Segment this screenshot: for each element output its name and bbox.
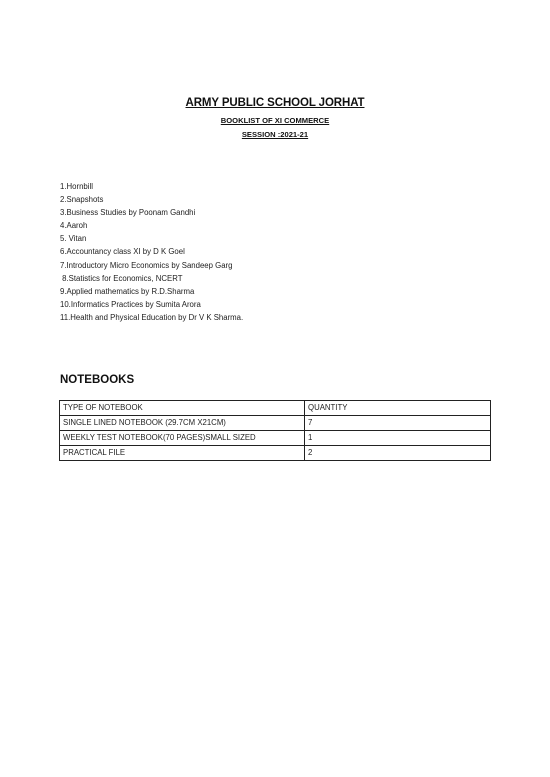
book-item: 7.Introductory Micro Economics by Sandee…	[60, 259, 243, 272]
book-item: 9.Applied mathematics by R.D.Sharma	[60, 285, 243, 298]
book-item: 6.Accountancy class XI by D K Goel	[60, 245, 243, 258]
notebook-quantity: 2	[305, 446, 491, 461]
book-item: 1.Hornbill	[60, 180, 243, 193]
notebooks-table: TYPE OF NOTEBOOK QUANTITY SINGLE LINED N…	[59, 400, 491, 461]
column-header-quantity: QUANTITY	[305, 401, 491, 416]
booklist-subtitle: BOOKLIST OF XI COMMERCE	[0, 116, 550, 125]
document-page: ARMY PUBLIC SCHOOL JORHAT BOOKLIST OF XI…	[0, 0, 550, 777]
notebooks-heading: NOTEBOOKS	[60, 374, 134, 386]
notebook-type: SINGLE LINED NOTEBOOK (29.7CM X21CM)	[60, 416, 305, 431]
book-item: 5. Vitan	[60, 232, 243, 245]
notebook-type: WEEKLY TEST NOTEBOOK(70 PAGES)SMALL SIZE…	[60, 431, 305, 446]
book-item: 8.Statistics for Economics, NCERT	[60, 272, 243, 285]
column-header-type: TYPE OF NOTEBOOK	[60, 401, 305, 416]
session-label: SESSION :2021-21	[0, 130, 550, 139]
notebook-type: PRACTICAL FILE	[60, 446, 305, 461]
book-item: 2.Snapshots	[60, 193, 243, 206]
book-item: 4.Aaroh	[60, 219, 243, 232]
book-item: 3.Business Studies by Poonam Gandhi	[60, 206, 243, 219]
table-row: WEEKLY TEST NOTEBOOK(70 PAGES)SMALL SIZE…	[60, 431, 491, 446]
table-row: PRACTICAL FILE 2	[60, 446, 491, 461]
book-list: 1.Hornbill 2.Snapshots 3.Business Studie…	[60, 180, 243, 324]
school-title: ARMY PUBLIC SCHOOL JORHAT	[0, 97, 550, 109]
table-header-row: TYPE OF NOTEBOOK QUANTITY	[60, 401, 491, 416]
notebook-quantity: 7	[305, 416, 491, 431]
book-item: 11.Health and Physical Education by Dr V…	[60, 311, 243, 324]
notebook-quantity: 1	[305, 431, 491, 446]
book-item: 10.Informatics Practices by Sumita Arora	[60, 298, 243, 311]
table-row: SINGLE LINED NOTEBOOK (29.7CM X21CM) 7	[60, 416, 491, 431]
